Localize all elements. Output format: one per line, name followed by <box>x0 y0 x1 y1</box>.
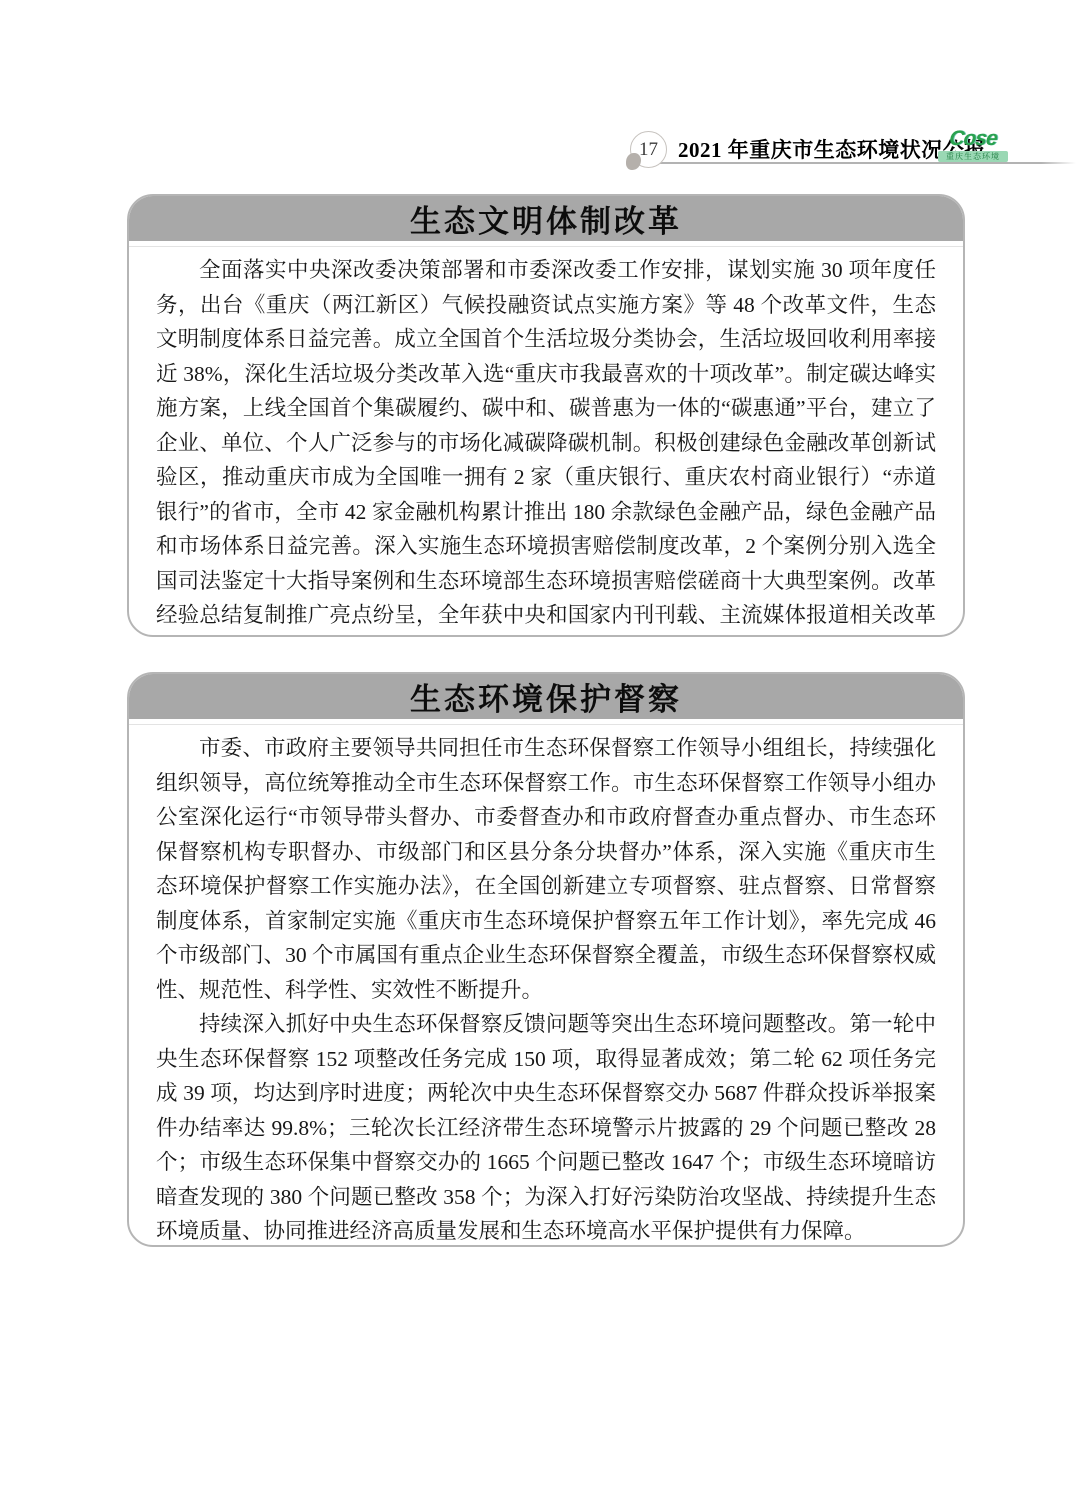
agency-logo: Cose 重庆生态环境 <box>938 129 1008 162</box>
header-divider <box>640 162 1076 164</box>
section-eco-environment-protection-inspection: 生态环境保护督察 市委、市政府主要领导共同担任市生态环保督察工作领导小组组长，持… <box>127 672 965 1247</box>
section-title-bar: 生态环境保护督察 <box>129 674 963 724</box>
logo-subtext: 重庆生态环境 <box>938 151 1008 162</box>
section-title-bar: 生态文明体制改革 <box>129 196 963 246</box>
running-header: 17 2021 年重庆市生态环境状况公报 Cose 重庆生态环境 <box>0 0 1090 180</box>
page-number: 17 <box>639 139 658 161</box>
section-body: 全面落实中央深改委决策部署和市委深改委工作安排，谋划实施 30 项年度任务，出台… <box>129 246 963 637</box>
section-title: 生态文明体制改革 <box>410 196 682 241</box>
section-body: 市委、市政府主要领导共同担任市生态环保督察工作领导小组组长，持续强化组织领导，高… <box>129 724 963 1247</box>
section-title: 生态环境保护督察 <box>410 674 682 719</box>
paragraph: 市委、市政府主要领导共同担任市生态环保督察工作领导小组组长，持续强化组织领导，高… <box>156 731 936 1007</box>
paragraph: 持续深入抓好中央生态环保督察反馈问题等突出生态环境问题整改。第一轮中央生态环保督… <box>156 1007 936 1247</box>
paragraph: 全面落实中央深改委决策部署和市委深改委工作安排，谋划实施 30 项年度任务，出台… <box>156 253 936 637</box>
page-number-badge: 17 <box>630 131 667 168</box>
logo-wordmark: Cose <box>937 129 1009 149</box>
section-ecological-civilization-system-reform: 生态文明体制改革 全面落实中央深改委决策部署和市委深改委工作安排，谋划实施 30… <box>127 194 965 637</box>
